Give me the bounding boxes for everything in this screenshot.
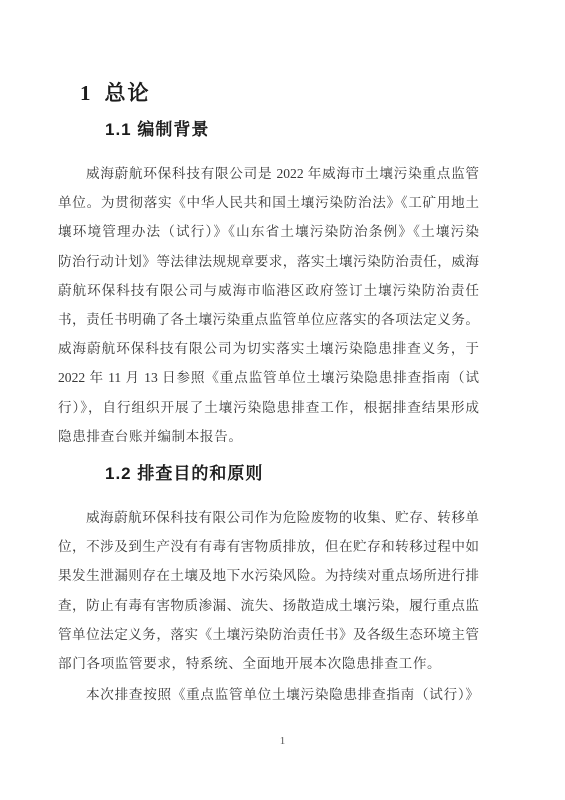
document-page: 1总论 1.1 编制背景 威海蔚航环保科技有限公司是 2022 年威海市土壤污染… bbox=[0, 0, 565, 800]
text-line: 管单位法定义务，落实《土壤污染防治责任书》及各级生态环境主管 bbox=[58, 620, 479, 649]
text-line: 书，责任书明确了各土壤污染重点监管单位应落实的各项法定义务。 bbox=[58, 305, 479, 334]
chapter-title: 总论 bbox=[105, 82, 151, 105]
text-line: 威海蔚航环保科技有限公司是 2022 年威海市土壤污染重点监管 bbox=[58, 159, 479, 188]
text-line: 壤环境管理办法（试行）》《山东省土壤污染防治条例》《土壤污染 bbox=[58, 217, 479, 246]
page-number: 1 bbox=[0, 735, 565, 747]
text-line: 部门各项监管要求，特系统、全面地开展本次隐患排查工作。 bbox=[58, 649, 479, 678]
text-line: 防治行动计划》等法律法规规章要求，落实土壤污染防治责任，威海 bbox=[58, 247, 479, 276]
text-line: 2022 年 11 月 13 日参照《重点监管单位土壤污染隐患排查指南（试 bbox=[58, 363, 479, 392]
section-heading-1-2: 1.2 排查目的和原则 bbox=[105, 464, 263, 484]
text-line: 本次排查按照《重点监管单位土壤污染隐患排查指南（试行）》 bbox=[58, 680, 479, 709]
text-line: 查，防止有毒有害物质渗漏、流失、扬散造成土壤污染，履行重点监 bbox=[58, 591, 479, 620]
paragraph-2-1: 威海蔚航环保科技有限公司作为危险废物的收集、贮存、转移单 位，不涉及到生产没有有… bbox=[58, 503, 479, 678]
chapter-number: 1 bbox=[80, 82, 91, 105]
chapter-heading: 1总论 bbox=[80, 82, 151, 105]
text-line: 位，不涉及到生产没有有毒有害物质排放，但在贮存和转移过程中如 bbox=[58, 532, 479, 561]
text-line: 隐患排查台账并编制本报告。 bbox=[58, 422, 479, 451]
paragraph-2-2: 本次排查按照《重点监管单位土壤污染隐患排查指南（试行）》 bbox=[58, 680, 479, 709]
text-line: 果发生泄漏则存在土壤及地下水污染风险。为持续对重点场所进行排 bbox=[58, 561, 479, 590]
text-line: 威海蔚航环保科技有限公司作为危险废物的收集、贮存、转移单 bbox=[58, 503, 479, 532]
paragraph-1-1: 威海蔚航环保科技有限公司是 2022 年威海市土壤污染重点监管 单位。为贯彻落实… bbox=[58, 159, 479, 451]
section-heading-1-1: 1.1 编制背景 bbox=[105, 120, 209, 140]
text-line: 单位。为贯彻落实《中华人民共和国土壤污染防治法》《工矿用地土 bbox=[58, 188, 479, 217]
text-line: 蔚航环保科技有限公司与威海市临港区政府签订土壤污染防治责任 bbox=[58, 276, 479, 305]
text-line: 威海蔚航环保科技有限公司为切实落实土壤污染隐患排查义务，于 bbox=[58, 334, 479, 363]
text-line: 行）》，自行组织开展了土壤污染隐患排查工作，根据排查结果形成 bbox=[58, 393, 479, 422]
